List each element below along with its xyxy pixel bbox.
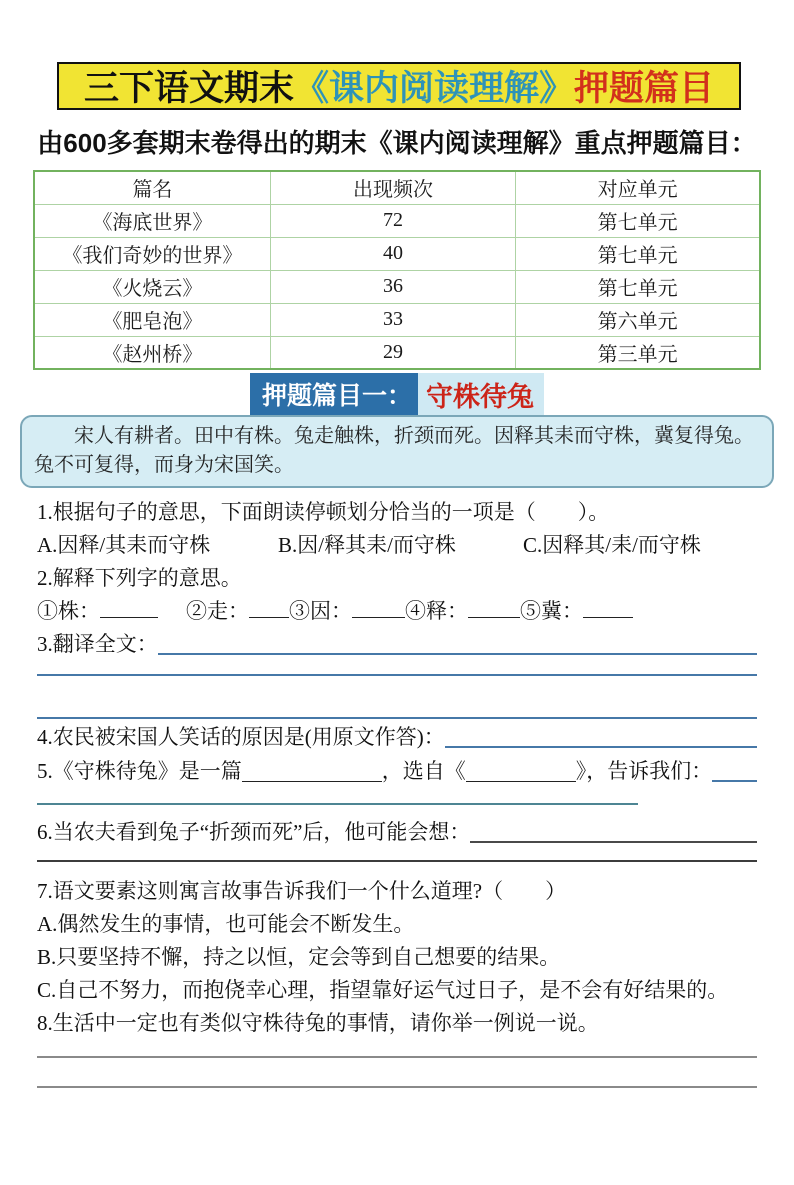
cell-frequency: 72 (270, 204, 515, 237)
col-header-unit: 对应单元 (516, 171, 760, 204)
title-tag-text: 押题篇目 (574, 61, 714, 111)
cell-title: 《我们奇妙的世界》 (34, 237, 270, 270)
table-row: 《火烧云》 36 第七单元 (34, 270, 760, 303)
title-banner: 三下语文期末 《课内阅读理解》 押题篇目 (57, 62, 741, 110)
q5-part1: 5.《守株待兔》是一篇 (37, 755, 242, 788)
answer-line (158, 653, 757, 655)
table-row: 《肥皂泡》 33 第六单元 (34, 303, 760, 336)
answer-blank (583, 597, 633, 618)
answer-line (470, 841, 757, 843)
question-6-label: 6.当农夫看到兔子“折颈而死”后，他可能会想： (37, 816, 470, 849)
frequency-table: 篇名 出现频次 对应单元 《海底世界》 72 第七单元 《我们奇妙的世界》 40… (33, 170, 761, 370)
cell-unit: 第三单元 (516, 336, 760, 369)
passage-box: 宋人有耕者。田中有株。兔走触株，折颈而死。因释其耒而守株，冀复得兔。兔不可复得，… (20, 415, 774, 488)
question-6: 6.当农夫看到兔子“折颈而死”后，他可能会想： (37, 816, 757, 849)
answer-line (37, 1086, 757, 1088)
q7-option-a: A.偶然发生的事情，也可能会不断发生。 (37, 908, 757, 941)
answer-blank (100, 597, 158, 618)
cell-frequency: 40 (270, 237, 515, 270)
answer-line (37, 674, 757, 676)
col-header-frequency: 出现频次 (270, 171, 515, 204)
answer-blank (468, 597, 520, 618)
question-1-options: A.因释/其耒而守株 B.因/释其耒/而守株 C.因释其/耒/而守株 (37, 529, 757, 562)
cell-frequency: 33 (270, 303, 515, 336)
cell-title: 《肥皂泡》 (34, 303, 270, 336)
cell-frequency: 29 (270, 336, 515, 369)
cell-title: 《火烧云》 (34, 270, 270, 303)
section-header: 押题篇目一： 守株待兔 (0, 373, 794, 415)
subtitle: 由600多套期末卷得出的期末《课内阅读理解》重点押题篇目： (0, 123, 794, 160)
table-row: 《赵州桥》 29 第三单元 (34, 336, 760, 369)
question-7: 7.语文要素这则寓言故事告诉我们一个什么道理?（ ） (37, 875, 757, 908)
answer-line (712, 780, 757, 782)
answer-blank (466, 761, 576, 782)
cell-unit: 第七单元 (516, 204, 760, 237)
answer-blank (249, 597, 289, 618)
section-topic: 守株待兔 (418, 373, 544, 415)
cell-title: 《海底世界》 (34, 204, 270, 237)
q7-option-b: B.只要坚持不懈，持之以恒，定会等到自己想要的结果。 (37, 941, 757, 974)
answer-line (37, 803, 638, 805)
question-1: 1.根据句子的意思，下面朗读停顿划分恰当的一项是（ ）。 (37, 496, 757, 529)
table-header-row: 篇名 出现频次 对应单元 (34, 171, 760, 204)
answer-blank (352, 597, 405, 618)
table-row: 《海底世界》 72 第七单元 (34, 204, 760, 237)
cell-frequency: 36 (270, 270, 515, 303)
option-c: C.因释其/耒/而守株 (523, 529, 701, 562)
col-header-title: 篇名 (34, 171, 270, 204)
question-8: 8.生活中一定也有类似守株待兔的事情，请你举一例说一说。 (37, 1007, 757, 1040)
answer-line (445, 746, 757, 748)
question-3: 3.翻译全文： (37, 628, 757, 661)
worksheet-page: 三下语文期末 《课内阅读理解》 押题篇目 由600多套期末卷得出的期末《课内阅读… (0, 62, 794, 1088)
answer-line (37, 1056, 757, 1058)
title-book-name: 《课内阅读理解》 (294, 61, 574, 111)
q7-option-c: C.自己不努力，而抱侥幸心理，指望靠好运气过日子，是不会有好结果的。 (37, 974, 757, 1007)
q5-part3: 》，告诉我们： (576, 755, 713, 788)
question-4-label: 4.农民被宋国人笑话的原因是(用原文作答)： (37, 721, 445, 754)
questions-area: 1.根据句子的意思，下面朗读停顿划分恰当的一项是（ ）。 A.因释/其耒而守株 … (0, 488, 794, 1088)
answer-blank (242, 761, 382, 782)
question-2-blanks: ①株：②走：③因：④释：⑤冀： (37, 595, 757, 628)
question-5: 5.《守株待兔》是一篇，选自《》，告诉我们： (37, 755, 757, 788)
answer-line (37, 717, 757, 719)
question-3-label: 3.翻译全文： (37, 628, 158, 661)
option-a: A.因释/其耒而守株 (37, 529, 278, 562)
question-2: 2.解释下列字的意思。 (37, 562, 757, 595)
q2-item-label: ③因： (289, 599, 352, 623)
title-grade-text: 三下语文期末 (84, 61, 294, 111)
cell-title: 《赵州桥》 (34, 336, 270, 369)
q2-item-label: ①株： (37, 599, 100, 623)
q5-part2: ，选自《 (382, 755, 466, 788)
answer-line (37, 860, 757, 862)
table-row: 《我们奇妙的世界》 40 第七单元 (34, 237, 760, 270)
q2-item-label: ⑤冀： (520, 599, 583, 623)
cell-unit: 第七单元 (516, 237, 760, 270)
q2-item-label: ④释： (405, 599, 468, 623)
q2-item-label: ②走： (186, 599, 249, 623)
cell-unit: 第六单元 (516, 303, 760, 336)
section-label: 押题篇目一： (250, 373, 418, 415)
passage-text: 宋人有耕者。田中有株。兔走触株，折颈而死。因释其耒而守株，冀复得兔。兔不可复得，… (34, 422, 760, 480)
option-b: B.因/释其耒/而守株 (278, 529, 523, 562)
question-4: 4.农民被宋国人笑话的原因是(用原文作答)： (37, 721, 757, 754)
cell-unit: 第七单元 (516, 270, 760, 303)
